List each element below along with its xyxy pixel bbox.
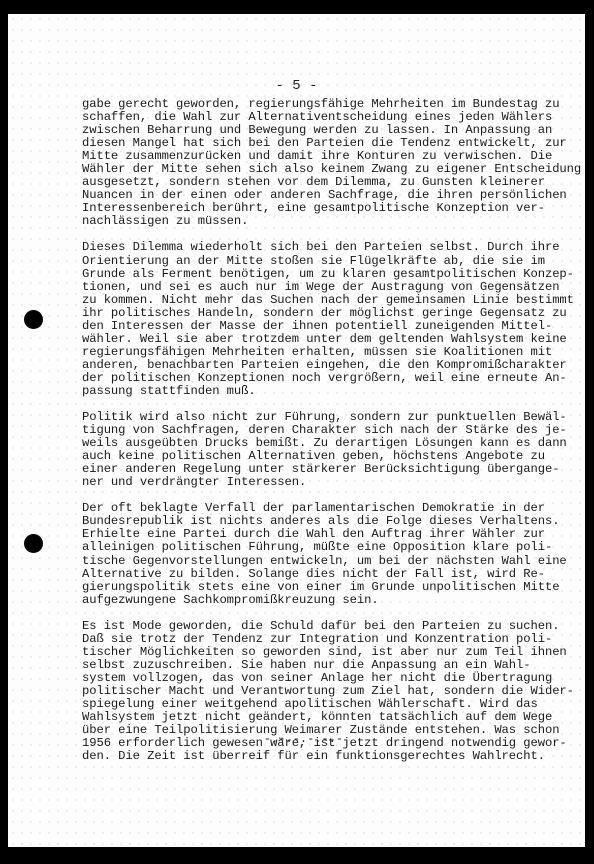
paragraph: Der oft beklagte Verfall der parlamentar… <box>82 502 582 606</box>
binder-hole-bottom <box>24 534 43 553</box>
end-mark: -.-.-.-.-.- <box>8 732 585 746</box>
text-line: politischer Macht und Verantwortung zum … <box>82 685 582 698</box>
text-line: system vollzogen, das von seiner Anlage … <box>82 672 582 685</box>
binder-hole-top <box>24 310 43 329</box>
document-page: - 5 - gabe gerecht geworden, regierungsf… <box>8 14 585 847</box>
text-line: ner und verdrängter Interessen. <box>82 476 582 489</box>
page-number: - 5 - <box>8 78 585 94</box>
text-line: Orientierung an der Mitte stoßen sie Flü… <box>82 255 582 268</box>
paragraph: gabe gerecht geworden, regierungsfähige … <box>82 98 582 228</box>
text-line: passung stattfinden muß. <box>82 385 582 398</box>
text-line: selbst zuzuschreiben. Sie haben nur die … <box>82 659 582 672</box>
text-line: tionen, und sei es auch nur im Wege der … <box>82 281 582 294</box>
paragraph: Politik wird also nicht zur Führung, son… <box>82 411 582 489</box>
body-text: gabe gerecht geworden, regierungsfähige … <box>82 98 582 776</box>
text-line: aufgezwungene Sachkompromißkreuzung sein… <box>82 594 582 607</box>
text-line: zu kommen. Nicht mehr das Suchen nach de… <box>82 294 582 307</box>
text-line: wähler. Weil sie aber trotzdem unter dem… <box>82 333 582 346</box>
text-line: den Interessen der Masse der ihnen poten… <box>82 320 582 333</box>
text-line: den. Die Zeit ist überreif für ein funkt… <box>82 750 582 763</box>
text-line: nachlässigen zu müssen. <box>82 215 582 228</box>
text-line: alleinigen politischen Führung, müßte ei… <box>82 541 582 554</box>
text-line: Grunde als Ferment benötigen, um zu klar… <box>82 268 582 281</box>
text-line: Es ist Mode geworden, die Schuld dafür b… <box>82 620 582 633</box>
text-line: ihr politisches Handeln, sondern der mög… <box>82 307 582 320</box>
paragraph: Dieses Dilemma wiederholt sich bei den P… <box>82 241 582 398</box>
text-line: Dieses Dilemma wiederholt sich bei den P… <box>82 241 582 254</box>
text-line: regierungsfähigen Mehrheiten erhalten, m… <box>82 346 582 359</box>
text-line: gierungspolitik stets eine von einer im … <box>82 581 582 594</box>
text-line: Daß sie trotz der Tendenz zur Integratio… <box>82 633 582 646</box>
text-line: tischer Möglichkeiten so geworden sind, … <box>82 646 582 659</box>
text-line: Alternative zu bilden. Solange dies nich… <box>82 568 582 581</box>
text-line: anderen, benachbarten Parteien eingehen,… <box>82 359 582 372</box>
text-line: tische Gegenvorstellungen entwickeln, um… <box>82 555 582 568</box>
